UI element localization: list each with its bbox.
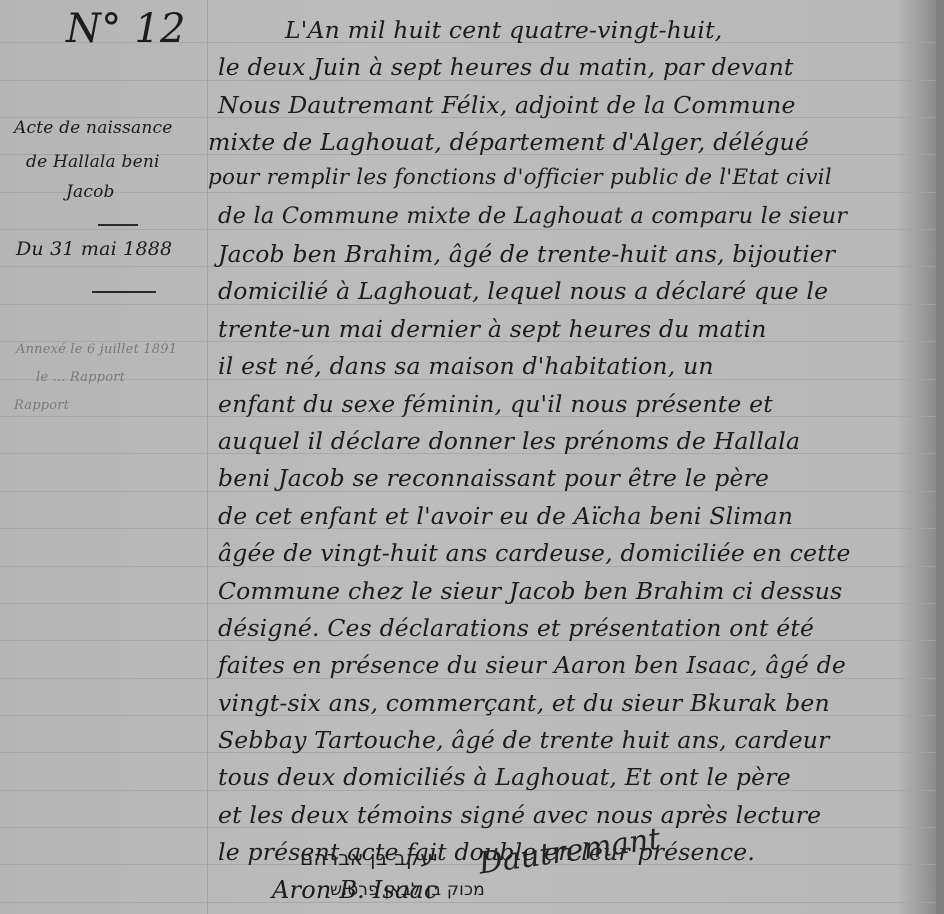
margin-annotation-3: Rapport	[14, 398, 69, 413]
body-line: domicilié à Laghouat, lequel nous a décl…	[218, 277, 828, 305]
page-edge-shadow	[936, 0, 944, 914]
act-number: N° 12	[66, 6, 186, 52]
witness-signature-latin: Aron B. Isaac	[272, 876, 438, 904]
ruled-line	[0, 192, 936, 193]
body-line: faites en présence du sieur Aaron ben Is…	[218, 651, 846, 679]
body-line: Commune chez le sieur Jacob ben Brahim c…	[218, 577, 842, 605]
body-line: auquel il déclare donner les prénoms de …	[218, 427, 800, 455]
margin-dash	[98, 224, 138, 226]
body-line: tous deux domiciliés à Laghouat, Et ont …	[218, 763, 791, 791]
body-line: il est né, dans sa maison d'habitation, …	[218, 352, 714, 380]
margin-title: Acte de naissance	[14, 118, 172, 138]
body-line: de la Commune mixte de Laghouat a compar…	[218, 203, 847, 229]
margin-dash	[92, 291, 156, 293]
body-line: et les deux témoins signé avec nous aprè…	[218, 801, 821, 829]
body-line: beni Jacob se reconnaissant pour être le…	[218, 464, 769, 492]
civil-register-page: N° 12 Acte de naissance de Hallala beni …	[0, 0, 944, 914]
body-line: L'An mil huit cent quatre-vingt-huit,	[285, 16, 722, 44]
ruled-line	[0, 902, 936, 903]
body-line: Jacob ben Brahim, âgé de trente-huit ans…	[218, 240, 835, 268]
margin-child-name: de Hallala beni	[26, 152, 160, 172]
body-line: désigné. Ces déclarations et présentatio…	[218, 614, 814, 642]
body-line: enfant du sexe féminin, qu'il nous prése…	[218, 390, 773, 418]
body-line: le présent acte fait double en leur prés…	[218, 838, 755, 866]
body-line: vingt-six ans, commerçant, et du sieur B…	[218, 689, 830, 717]
body-line: le deux Juin à sept heures du matin, par…	[218, 53, 794, 81]
margin-annotation-2: le ... Rapport	[36, 370, 125, 385]
ruled-line	[0, 229, 936, 230]
body-line: mixte de Laghouat, département d'Alger, …	[208, 128, 809, 156]
body-line: pour remplir les fonctions d'officier pu…	[208, 165, 832, 190]
body-line: Sebbay Tartouche, âgé de trente huit ans…	[218, 726, 830, 754]
body-line: Nous Dautremant Félix, adjoint de la Com…	[218, 91, 796, 119]
body-line: de cet enfant et l'avoir eu de Aïcha ben…	[218, 502, 793, 530]
margin-date: Du 31 mai 1888	[16, 238, 172, 260]
margin-child-surname: Jacob	[66, 182, 115, 202]
body-line: âgée de vingt-huit ans cardeuse, domicil…	[218, 539, 851, 567]
margin-annotation-1: Annexé le 6 juillet 1891	[16, 342, 177, 357]
body-line: trente-un mai dernier à sept heures du m…	[218, 315, 767, 343]
